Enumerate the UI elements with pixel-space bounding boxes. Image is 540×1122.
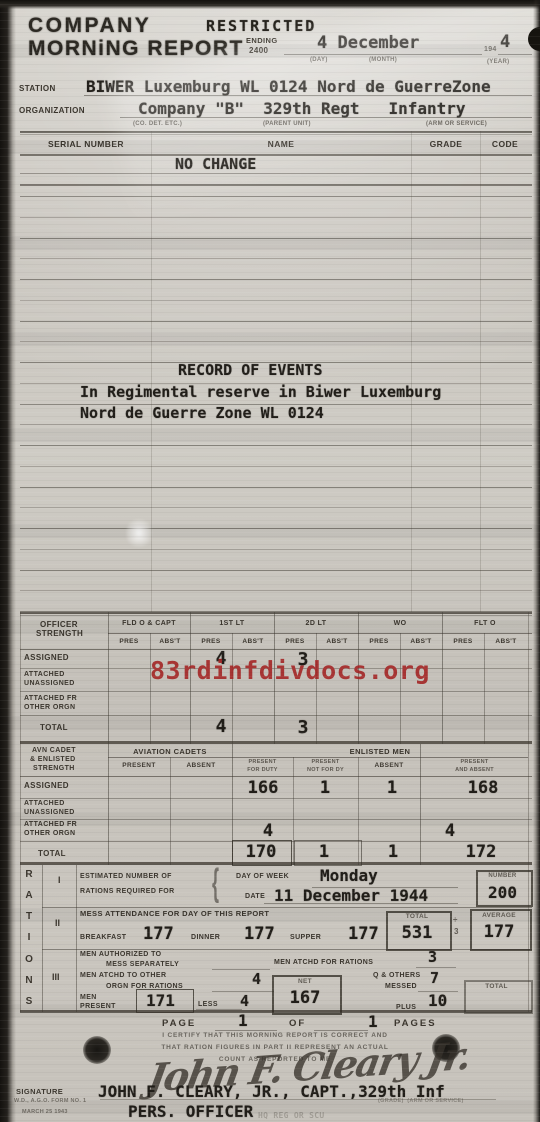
grid-line xyxy=(316,633,317,744)
ruled-line xyxy=(20,466,532,467)
ruled-line xyxy=(20,570,532,571)
grid-line xyxy=(284,54,482,55)
events-line-1: In Regimental reserve in Biwer Luxemburg xyxy=(80,383,441,401)
morning-report-document: COMPANY MORNiNG REPORT RESTRICTED ENDING… xyxy=(0,0,540,1122)
enlisted-title-2: & ENLISTED xyxy=(30,756,76,763)
atchd-other-orgn-value: 4 xyxy=(252,970,261,988)
of-label: OF xyxy=(289,1018,306,1029)
group-aviation-cadets: AVIATION CADETS xyxy=(110,747,230,756)
dinner-value: 177 xyxy=(244,924,275,944)
grid-line xyxy=(20,612,21,1012)
pres-header: PRES xyxy=(275,638,315,645)
ruled-line xyxy=(20,279,532,280)
ruled-line xyxy=(20,258,532,259)
q-others-value: 7 xyxy=(430,969,439,987)
form-title-line2: MORNiNG REPORT xyxy=(28,37,244,61)
average-value: 177 xyxy=(471,922,527,942)
present-label: PRESENT xyxy=(80,1003,116,1010)
ruled-line xyxy=(20,196,532,197)
men-present-value: 171 xyxy=(146,991,175,1010)
grid-line xyxy=(170,757,171,865)
rations-numeral-iii: III xyxy=(52,972,60,982)
ruled-line xyxy=(20,321,532,322)
enlisted-title-1: AVN CADET xyxy=(32,747,76,754)
rations-est-label-1: ESTIMATED NUMBER OF xyxy=(80,873,172,880)
abst-header: ABS'T xyxy=(233,638,273,645)
enlisted-row-attached: ATTACHED xyxy=(24,800,65,807)
rations-vertical-letter: O xyxy=(25,954,33,965)
officer-row-total: TOTAL xyxy=(40,723,68,732)
enlisted-assigned-pfd: 166 xyxy=(238,778,288,798)
scan-blemish xyxy=(126,516,152,550)
day-of-week-value: Monday xyxy=(320,866,378,885)
grid-line xyxy=(150,633,151,744)
station-label: STATION xyxy=(19,84,56,93)
officer-row-assigned: ASSIGNED xyxy=(24,653,69,662)
cadets-present-header: PRESENT xyxy=(109,762,169,769)
pnfd-header-1: PRESENT xyxy=(294,759,357,765)
events-line-2: Nord de Guerre Zone WL 0124 xyxy=(80,404,324,422)
enlisted-row-other-orgn: OTHER ORGN xyxy=(24,830,75,837)
men-authorized-label: MEN AUTHORIZED TO xyxy=(80,951,161,958)
punch-hole-left xyxy=(83,1036,111,1064)
rations-numeral-i: I xyxy=(58,875,61,885)
grid-line xyxy=(20,615,532,616)
ruled-line xyxy=(20,341,532,342)
grid-line xyxy=(20,691,532,692)
grid-line xyxy=(42,865,43,1012)
plus-label: PLUS xyxy=(396,1004,416,1011)
page-number: 1 xyxy=(238,1011,248,1030)
co-det-caption: (CO. DET. ETC.) xyxy=(133,121,182,127)
grid-line xyxy=(411,131,412,612)
form-reference: W.D., A.G.O. FORM NO. 1 xyxy=(14,1098,86,1104)
grid-line xyxy=(151,131,152,612)
watermark-text: 83rdinfdivdocs.org xyxy=(150,656,430,685)
enlisted-assigned-absent: 1 xyxy=(379,778,405,798)
ruled-line xyxy=(20,507,532,508)
supper-label: SUPPER xyxy=(290,934,321,941)
enlisted-total-absent: 1 xyxy=(380,842,406,862)
dinner-label: DINNER xyxy=(191,934,220,941)
grid-line xyxy=(20,173,532,174)
officer-row-attached-fr: ATTACHED FR xyxy=(24,695,77,702)
col-grade: GRADE xyxy=(413,139,479,149)
pnfd-header-2: NOT FOR DY xyxy=(294,767,357,773)
grid-line xyxy=(42,949,532,950)
officer-total-1lt-pres: 4 xyxy=(208,716,234,737)
officer-row-other-orgn: OTHER ORGN xyxy=(24,704,75,711)
pfd-header-2: FOR DUTY xyxy=(232,767,293,773)
date-label: DATE xyxy=(245,893,265,900)
average-label: AVERAGE xyxy=(471,912,527,919)
organization-label: ORGANIZATION xyxy=(19,106,85,115)
officer-strength-title-2: STRENGTH xyxy=(36,629,83,638)
abst-header: ABS'T xyxy=(150,638,190,645)
group-fldo-capt: FLD O & CAPT xyxy=(108,620,190,627)
group-2d-lt: 2D LT xyxy=(274,620,358,627)
ruled-line xyxy=(20,238,532,239)
rations-vertical-letter: A xyxy=(25,890,32,901)
messed-label: MESSED xyxy=(385,983,417,990)
grid-line xyxy=(416,967,456,968)
grid-line xyxy=(20,134,532,135)
men-atchd-rations-value: 3 xyxy=(428,948,437,966)
day-caption: (DAY) xyxy=(310,57,328,63)
grid-line xyxy=(20,184,532,186)
enlisted-attached-fr-pfd: 4 xyxy=(255,821,281,841)
ruled-line xyxy=(20,217,532,218)
enlisted-total-pa: 172 xyxy=(456,842,506,862)
ruled-line xyxy=(20,300,532,301)
em-absent-header: ABSENT xyxy=(359,762,419,769)
record-of-events-title: RECORD OF EVENTS xyxy=(178,361,323,379)
scan-edge-right xyxy=(533,0,540,1122)
arm-service-caption: (ARM OR SERVICE) xyxy=(426,121,487,127)
group-enlisted-men: ENLISTED MEN xyxy=(280,747,480,756)
mess-attendance-title: MESS ATTENDANCE FOR DAY OF THIS REPORT xyxy=(80,909,269,918)
grid-line xyxy=(108,612,109,744)
less-value: 4 xyxy=(240,992,249,1010)
date-value: 11 December 1944 xyxy=(274,886,428,905)
abst-header: ABS'T xyxy=(317,638,357,645)
meals-total-label: TOTAL xyxy=(387,913,447,920)
year-prefix: 194 xyxy=(484,46,497,53)
pres-header: PRES xyxy=(359,638,399,645)
grid-line xyxy=(212,969,270,970)
ending-time: 2400 xyxy=(249,46,268,55)
abst-header: ABS'T xyxy=(401,638,441,645)
pres-header: PRES xyxy=(109,638,149,645)
grade-arm-caption: (GRADE) (ARM OR SERVICE) xyxy=(378,1098,464,1104)
faint-stamp-text: HQ REG OR SCU xyxy=(258,1111,325,1120)
grid-line xyxy=(484,633,485,744)
grid-line xyxy=(196,1009,242,1010)
report-day-month: 4 December xyxy=(317,33,419,53)
grid-line xyxy=(20,819,532,820)
number-label: NUMBER xyxy=(477,873,528,879)
grid-line xyxy=(20,715,532,716)
pfd-header-1: PRESENT xyxy=(232,759,293,765)
form-title-line1: COMPANY xyxy=(28,14,151,38)
breakfast-label: BREAKFAST xyxy=(80,934,126,941)
grid-line xyxy=(480,131,481,612)
group-1st-lt: 1ST LT xyxy=(190,620,274,627)
net-label: NET xyxy=(273,978,337,985)
enlisted-assigned-pa: 168 xyxy=(458,778,508,798)
ruled-line xyxy=(20,590,532,591)
grid-line xyxy=(76,865,77,1012)
grid-line xyxy=(108,633,532,634)
grid-line xyxy=(42,907,532,908)
grand-total-label: TOTAL xyxy=(465,983,528,990)
breakfast-value: 177 xyxy=(143,924,174,944)
grid-line xyxy=(20,741,532,744)
officer-strength-title-1: OFFICER xyxy=(40,620,78,629)
signature-role-typed: PERS. OFFICER xyxy=(128,1102,253,1121)
enlisted-assigned-pnfd: 1 xyxy=(312,778,338,798)
supper-value: 177 xyxy=(348,924,379,944)
pages-label: PAGES xyxy=(394,1018,437,1029)
grid-line xyxy=(108,757,528,758)
enlisted-title-3: STRENGTH xyxy=(33,765,75,772)
pencil-box-total-pfd xyxy=(232,840,292,866)
ruled-line xyxy=(20,549,532,550)
net-value: 167 xyxy=(273,988,337,1008)
ending-label: ENDING xyxy=(246,36,278,45)
day-of-week-label: DAY OF WEEK xyxy=(236,873,289,880)
enlisted-attached-fr-pa: 4 xyxy=(437,821,463,841)
pres-header: PRES xyxy=(443,638,483,645)
enlisted-row-attached-fr: ATTACHED FR xyxy=(24,821,77,828)
divide-symbol: ÷ xyxy=(453,915,458,924)
group-wo: WO xyxy=(358,620,442,627)
grid-line xyxy=(20,154,532,156)
officer-row-attached: ATTACHED xyxy=(24,671,65,678)
classification-stamp: RESTRICTED xyxy=(206,17,316,35)
officer-row-unassigned: UNASSIGNED xyxy=(24,680,75,687)
scan-edge-notch xyxy=(528,27,540,51)
scan-edge-top xyxy=(0,0,540,9)
men-label: MEN xyxy=(80,994,97,1001)
report-year-digit: 4 xyxy=(500,32,510,52)
form-date: MARCH 25 1943 xyxy=(22,1109,68,1115)
rations-numeral-ii: II xyxy=(55,918,60,928)
grid-line xyxy=(400,633,401,744)
rations-vertical-letter: R xyxy=(25,869,32,880)
grid-line xyxy=(420,744,421,865)
grid-line xyxy=(442,612,443,744)
col-code: CODE xyxy=(481,139,529,149)
grid-line xyxy=(215,1030,277,1031)
ruled-line xyxy=(20,528,532,529)
meals-total-value: 531 xyxy=(387,923,447,943)
plus-value: 10 xyxy=(428,991,447,1010)
organization-value: Company "B" 329th Regt Infantry xyxy=(138,99,466,118)
rations-vertical-letter: N xyxy=(25,975,32,986)
less-label: LESS xyxy=(198,1001,218,1008)
grid-line xyxy=(20,776,532,777)
q-others-label: Q & OTHERS xyxy=(373,972,421,979)
grid-line xyxy=(498,54,532,55)
col-serial-number: SERIAL NUMBER xyxy=(30,139,142,149)
mess-separately-label: MESS SEPARATELY xyxy=(106,961,179,968)
month-caption: (MONTH) xyxy=(369,57,397,63)
rations-vertical-letter: T xyxy=(26,911,32,922)
enlisted-row-unassigned: UNASSIGNED xyxy=(24,809,75,816)
men-atchd-other-label: MEN ATCHD TO OTHER xyxy=(80,972,166,979)
ruled-line xyxy=(20,445,532,446)
men-atchd-rations-label: MEN ATCHD FOR RATIONS xyxy=(274,959,373,966)
pencil-box-total-pnfd xyxy=(294,840,362,866)
grid-line xyxy=(314,1030,368,1031)
grid-line xyxy=(20,798,532,799)
rations-vertical-letter: I xyxy=(28,932,31,943)
roster-entry: NO CHANGE xyxy=(175,155,256,173)
ruled-line xyxy=(20,424,532,425)
grid-line xyxy=(20,649,532,650)
enlisted-row-total: TOTAL xyxy=(38,849,66,858)
pages-total: 1 xyxy=(368,1012,378,1031)
rations-est-label-2: RATIONS REQUIRED FOR xyxy=(80,888,175,895)
cadets-absent-header: ABSENT xyxy=(171,762,231,769)
enlisted-row-assigned: ASSIGNED xyxy=(24,781,69,790)
station-value: BIWER Luxemburg WL 0124 Nord de GuerreZo… xyxy=(86,77,491,96)
abst-header: ABS'T xyxy=(486,638,526,645)
grid-line xyxy=(20,612,532,614)
grid-line xyxy=(20,131,532,133)
page-label: PAGE xyxy=(162,1018,196,1029)
col-name: NAME xyxy=(231,139,331,149)
divide-by-three: 3 xyxy=(454,927,459,936)
number-value: 200 xyxy=(477,883,528,902)
rations-vertical-label: RATIONS xyxy=(22,869,36,1007)
pa-header-1: PRESENT xyxy=(422,759,527,765)
signature-label: SIGNATURE xyxy=(16,1087,63,1096)
pres-header: PRES xyxy=(191,638,231,645)
officer-total-2lt-pres: 3 xyxy=(290,717,316,738)
pa-header-2: AND ABSENT xyxy=(422,767,527,773)
ruled-line xyxy=(20,487,532,488)
rations-vertical-letter: S xyxy=(26,996,33,1007)
grid-line xyxy=(528,612,529,1012)
group-flt-o: FLT O xyxy=(443,620,527,627)
year-caption: (YEAR) xyxy=(487,59,509,65)
brace-glyph: { xyxy=(212,861,219,905)
parent-unit-caption: (PARENT UNIT) xyxy=(263,121,311,127)
scan-edge-left xyxy=(0,0,16,1122)
